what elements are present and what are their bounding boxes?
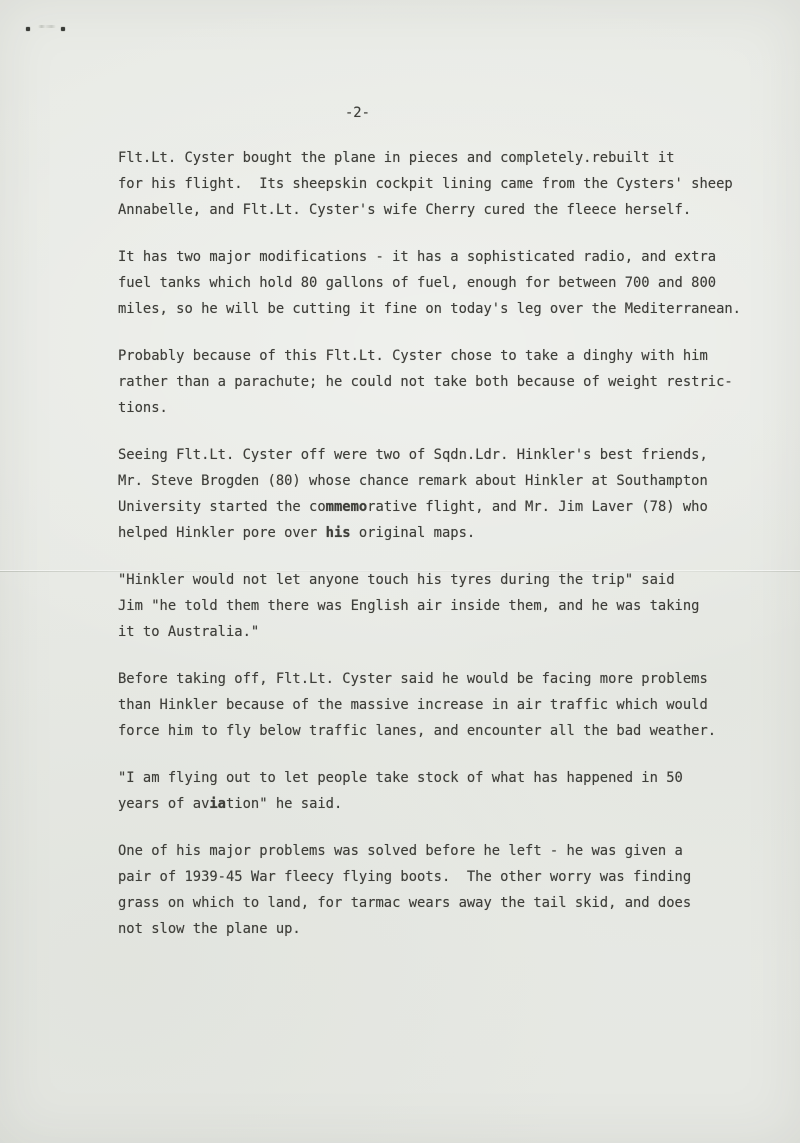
text-segment: years of av	[118, 796, 209, 812]
text-segment: Probably because of this Flt.Lt. Cyster …	[118, 348, 708, 364]
scanned-page: -2- Flt.Lt. Cyster bought the plane in p…	[0, 0, 800, 1143]
text-line: Annabelle, and Flt.Lt. Cyster's wife Che…	[118, 197, 763, 223]
text-line: rather than a parachute; he could not ta…	[118, 369, 763, 395]
text-segment: helped Hinkler pore over	[118, 525, 326, 541]
text-segment: ia	[209, 796, 226, 812]
ink-speck	[26, 27, 30, 31]
text-line: years of aviation" he said.	[118, 791, 763, 817]
text-segment: Before taking off, Flt.Lt. Cyster said h…	[118, 671, 708, 687]
text-line: Before taking off, Flt.Lt. Cyster said h…	[118, 666, 763, 692]
text-line: It has two major modifications - it has …	[118, 244, 763, 270]
text-line: Seeing Flt.Lt. Cyster off were two of Sq…	[118, 442, 763, 468]
text-line: fuel tanks which hold 80 gallons of fuel…	[118, 270, 763, 296]
text-line: than Hinkler because of the massive incr…	[118, 692, 763, 718]
paragraph: Before taking off, Flt.Lt. Cyster said h…	[118, 666, 763, 744]
text-line: miles, so he will be cutting it fine on …	[118, 296, 763, 322]
text-line: for his flight. Its sheepskin cockpit li…	[118, 171, 763, 197]
text-line: not slow the plane up.	[118, 916, 763, 942]
text-line: pair of 1939-45 War fleecy flying boots.…	[118, 864, 763, 890]
text-segment: mmemo	[326, 499, 368, 515]
text-segment: not slow the plane up.	[118, 921, 301, 937]
text-segment: Jim "he told them there was English air …	[118, 598, 699, 614]
text-segment: One of his major problems was solved bef…	[118, 843, 683, 859]
ink-speck	[61, 27, 65, 31]
text-segment: Mr. Steve Brogden (80) whose chance rema…	[118, 473, 708, 489]
text-line: Jim "he told them there was English air …	[118, 593, 763, 619]
text-segment: his	[326, 525, 351, 541]
text-segment: Annabelle, and Flt.Lt. Cyster's wife Che…	[118, 202, 691, 218]
text-segment: force him to fly below traffic lanes, an…	[118, 723, 716, 739]
text-line: grass on which to land, for tarmac wears…	[118, 890, 763, 916]
text-segment: rather than a parachute; he could not ta…	[118, 374, 733, 390]
text-line: it to Australia."	[118, 619, 763, 645]
text-segment: "I am flying out to let people take stoc…	[118, 770, 683, 786]
text-line: helped Hinkler pore over his original ma…	[118, 520, 763, 546]
text-segment: University started the co	[118, 499, 326, 515]
pencil-marks	[38, 25, 56, 28]
text-line: University started the commemorative fli…	[118, 494, 763, 520]
paragraph: Flt.Lt. Cyster bought the plane in piece…	[118, 145, 763, 223]
text-line: "I am flying out to let people take stoc…	[118, 765, 763, 791]
text-line: Probably because of this Flt.Lt. Cyster …	[118, 343, 763, 369]
text-segment: miles, so he will be cutting it fine on …	[118, 301, 741, 317]
text-segment: than Hinkler because of the massive incr…	[118, 697, 708, 713]
paragraph: Probably because of this Flt.Lt. Cyster …	[118, 343, 763, 421]
text-segment: Flt.Lt. Cyster bought the plane in piece…	[118, 150, 675, 166]
text-line: Mr. Steve Brogden (80) whose chance rema…	[118, 468, 763, 494]
text-line: tions.	[118, 395, 763, 421]
text-line: "Hinkler would not let anyone touch his …	[118, 567, 763, 593]
text-segment: tion" he said.	[226, 796, 342, 812]
text-segment: "Hinkler would not let anyone touch his …	[118, 572, 675, 588]
text-segment: rative flight, and Mr. Jim Laver (78) wh…	[367, 499, 708, 515]
text-segment: it to Australia."	[118, 624, 259, 640]
text-segment: for his flight. Its sheepskin cockpit li…	[118, 176, 733, 192]
paragraph: It has two major modifications - it has …	[118, 244, 763, 322]
text-segment: fuel tanks which hold 80 gallons of fuel…	[118, 275, 716, 291]
text-line: force him to fly below traffic lanes, an…	[118, 718, 763, 744]
text-segment: It has two major modifications - it has …	[118, 249, 716, 265]
text-segment: original maps.	[351, 525, 476, 541]
document-body: Flt.Lt. Cyster bought the plane in piece…	[118, 145, 763, 963]
text-segment: Seeing Flt.Lt. Cyster off were two of Sq…	[118, 447, 708, 463]
paragraph: Seeing Flt.Lt. Cyster off were two of Sq…	[118, 442, 763, 546]
paragraph: "I am flying out to let people take stoc…	[118, 765, 763, 817]
text-line: One of his major problems was solved bef…	[118, 838, 763, 864]
text-segment: tions.	[118, 400, 168, 416]
page-number: -2-	[345, 100, 370, 126]
text-segment: pair of 1939-45 War fleecy flying boots.…	[118, 869, 691, 885]
paragraph: "Hinkler would not let anyone touch his …	[118, 567, 763, 645]
paragraph: One of his major problems was solved bef…	[118, 838, 763, 942]
text-segment: grass on which to land, for tarmac wears…	[118, 895, 691, 911]
text-line: Flt.Lt. Cyster bought the plane in piece…	[118, 145, 763, 171]
